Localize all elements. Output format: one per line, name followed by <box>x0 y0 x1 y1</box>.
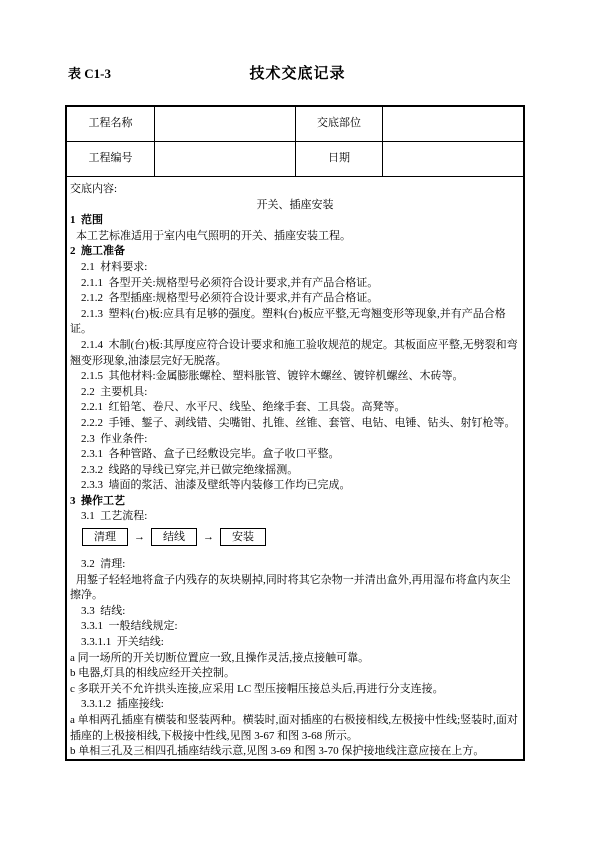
info-value <box>382 142 523 177</box>
flow-step: 结线 <box>151 528 197 546</box>
info-label: 交底部位 <box>295 107 382 142</box>
paragraph: 3.2 清理: <box>70 557 520 573</box>
process-flowchart: 清理→结线→安装 <box>82 527 520 547</box>
content-area: 交底内容: 开关、插座安装 1 范围本工艺标准适用于室内电气照明的开关、插座安装… <box>67 177 523 759</box>
paragraph: 3.1 工艺流程: <box>70 509 520 525</box>
paragraph: 2.2 主要机具: <box>70 385 520 401</box>
info-table: 工程名称交底部位工程编号日期 <box>67 107 523 177</box>
paragraph: 2.1.3 塑料(台)板:应具有足够的强度。塑料(台)板应平整,无弯翘变形等现象… <box>70 307 520 338</box>
paragraph: b 电器,灯具的相线应经开关控制。 <box>70 666 520 682</box>
form-number: 表 C1-3 <box>68 63 111 82</box>
document-header: 表 C1-3 技术交底记录 <box>0 62 595 82</box>
record-table: 工程名称交底部位工程编号日期 交底内容: 开关、插座安装 1 范围本工艺标准适用… <box>65 105 525 761</box>
flow-arrow-icon: → <box>203 528 214 546</box>
paragraph: 2.3.3 墙面的浆活、油漆及壁纸等内装修工作均已完成。 <box>70 478 520 494</box>
paragraph: 2.1.2 各型插座:规格型号必须符合设计要求,并有产品合格证。 <box>70 291 520 307</box>
paragraph: a 单相两孔插座有横装和竖装两种。横装时,面对插座的右极接相线,左极接中性线;竖… <box>70 713 520 744</box>
flow-step: 清理 <box>82 528 128 546</box>
section-heading: 3 操作工艺 <box>70 494 520 510</box>
paragraph: 3.3 结线: <box>70 604 520 620</box>
doc-subject: 开关、插座安装 <box>70 198 520 214</box>
flow-step: 安装 <box>220 528 266 546</box>
paragraph: 2.1.4 木制(台)板:其厚度应符合设计要求和施工验收规范的规定。其板面应平整… <box>70 338 520 369</box>
content-body: 1 范围本工艺标准适用于室内电气照明的开关、插座安装工程。2 施工准备2.1 材… <box>70 213 520 759</box>
section-heading: 1 范围 <box>70 213 520 229</box>
paragraph: 2.3.1 各种管路、盒子已经敷设完毕。盒子收口平整。 <box>70 447 520 463</box>
info-value <box>382 107 523 142</box>
section-heading: 2 施工准备 <box>70 244 520 260</box>
info-label: 日期 <box>295 142 382 177</box>
paragraph: a 同一场所的开关切断位置应一致,且操作灵活,接点接触可靠。 <box>70 651 520 667</box>
document-page: 表 C1-3 技术交底记录 工程名称交底部位工程编号日期 交底内容: 开关、插座… <box>0 0 595 842</box>
paragraph: 2.1.1 各型开关:规格型号必须符合设计要求,并有产品合格证。 <box>70 276 520 292</box>
paragraph: c 多联开关不允许拱头连接,应采用 LC 型压接帽压接总头后,再进行分支连接。 <box>70 682 520 698</box>
paragraph: 3.3.1.1 开关结线: <box>70 635 520 651</box>
paragraph: 2.2.1 红铅笔、卷尺、水平尺、线坠、绝缘手套、工具袋。高凳等。 <box>70 400 520 416</box>
paragraph: 3.3.1.2 插座接线: <box>70 697 520 713</box>
info-value <box>154 142 295 177</box>
paragraph: 3.3.1 一般结线规定: <box>70 619 520 635</box>
paragraph: b 单相三孔及三相四孔插座结线示意,见图 3-69 和图 3-70 保护接地线注… <box>70 744 520 759</box>
paragraph: 用錾子轻轻地将盒子内残存的灰块剔掉,同时将其它杂物一并清出盒外,再用湿布将盒内灰… <box>70 573 520 604</box>
info-value <box>154 107 295 142</box>
paragraph: 2.1 材料要求: <box>70 260 520 276</box>
paragraph: 2.3 作业条件: <box>70 432 520 448</box>
paragraph: 2.1.5 其他材料:金属膨胀螺栓、塑料胀管、镀锌木螺丝、镀锌机螺丝、木砖等。 <box>70 369 520 385</box>
flow-arrow-icon: → <box>134 528 145 546</box>
info-label: 工程名称 <box>67 107 154 142</box>
content-label: 交底内容: <box>70 182 520 198</box>
paragraph: 2.2.2 手锤、錾子、剥线错、尖嘴钳、扎锥、丝锥、套管、电钻、电锤、钻头、射钉… <box>70 416 520 432</box>
info-label: 工程编号 <box>67 142 154 177</box>
paragraph: 本工艺标准适用于室内电气照明的开关、插座安装工程。 <box>70 229 520 245</box>
paragraph: 2.3.2 线路的导线已穿完,并已做完绝缘摇测。 <box>70 463 520 479</box>
